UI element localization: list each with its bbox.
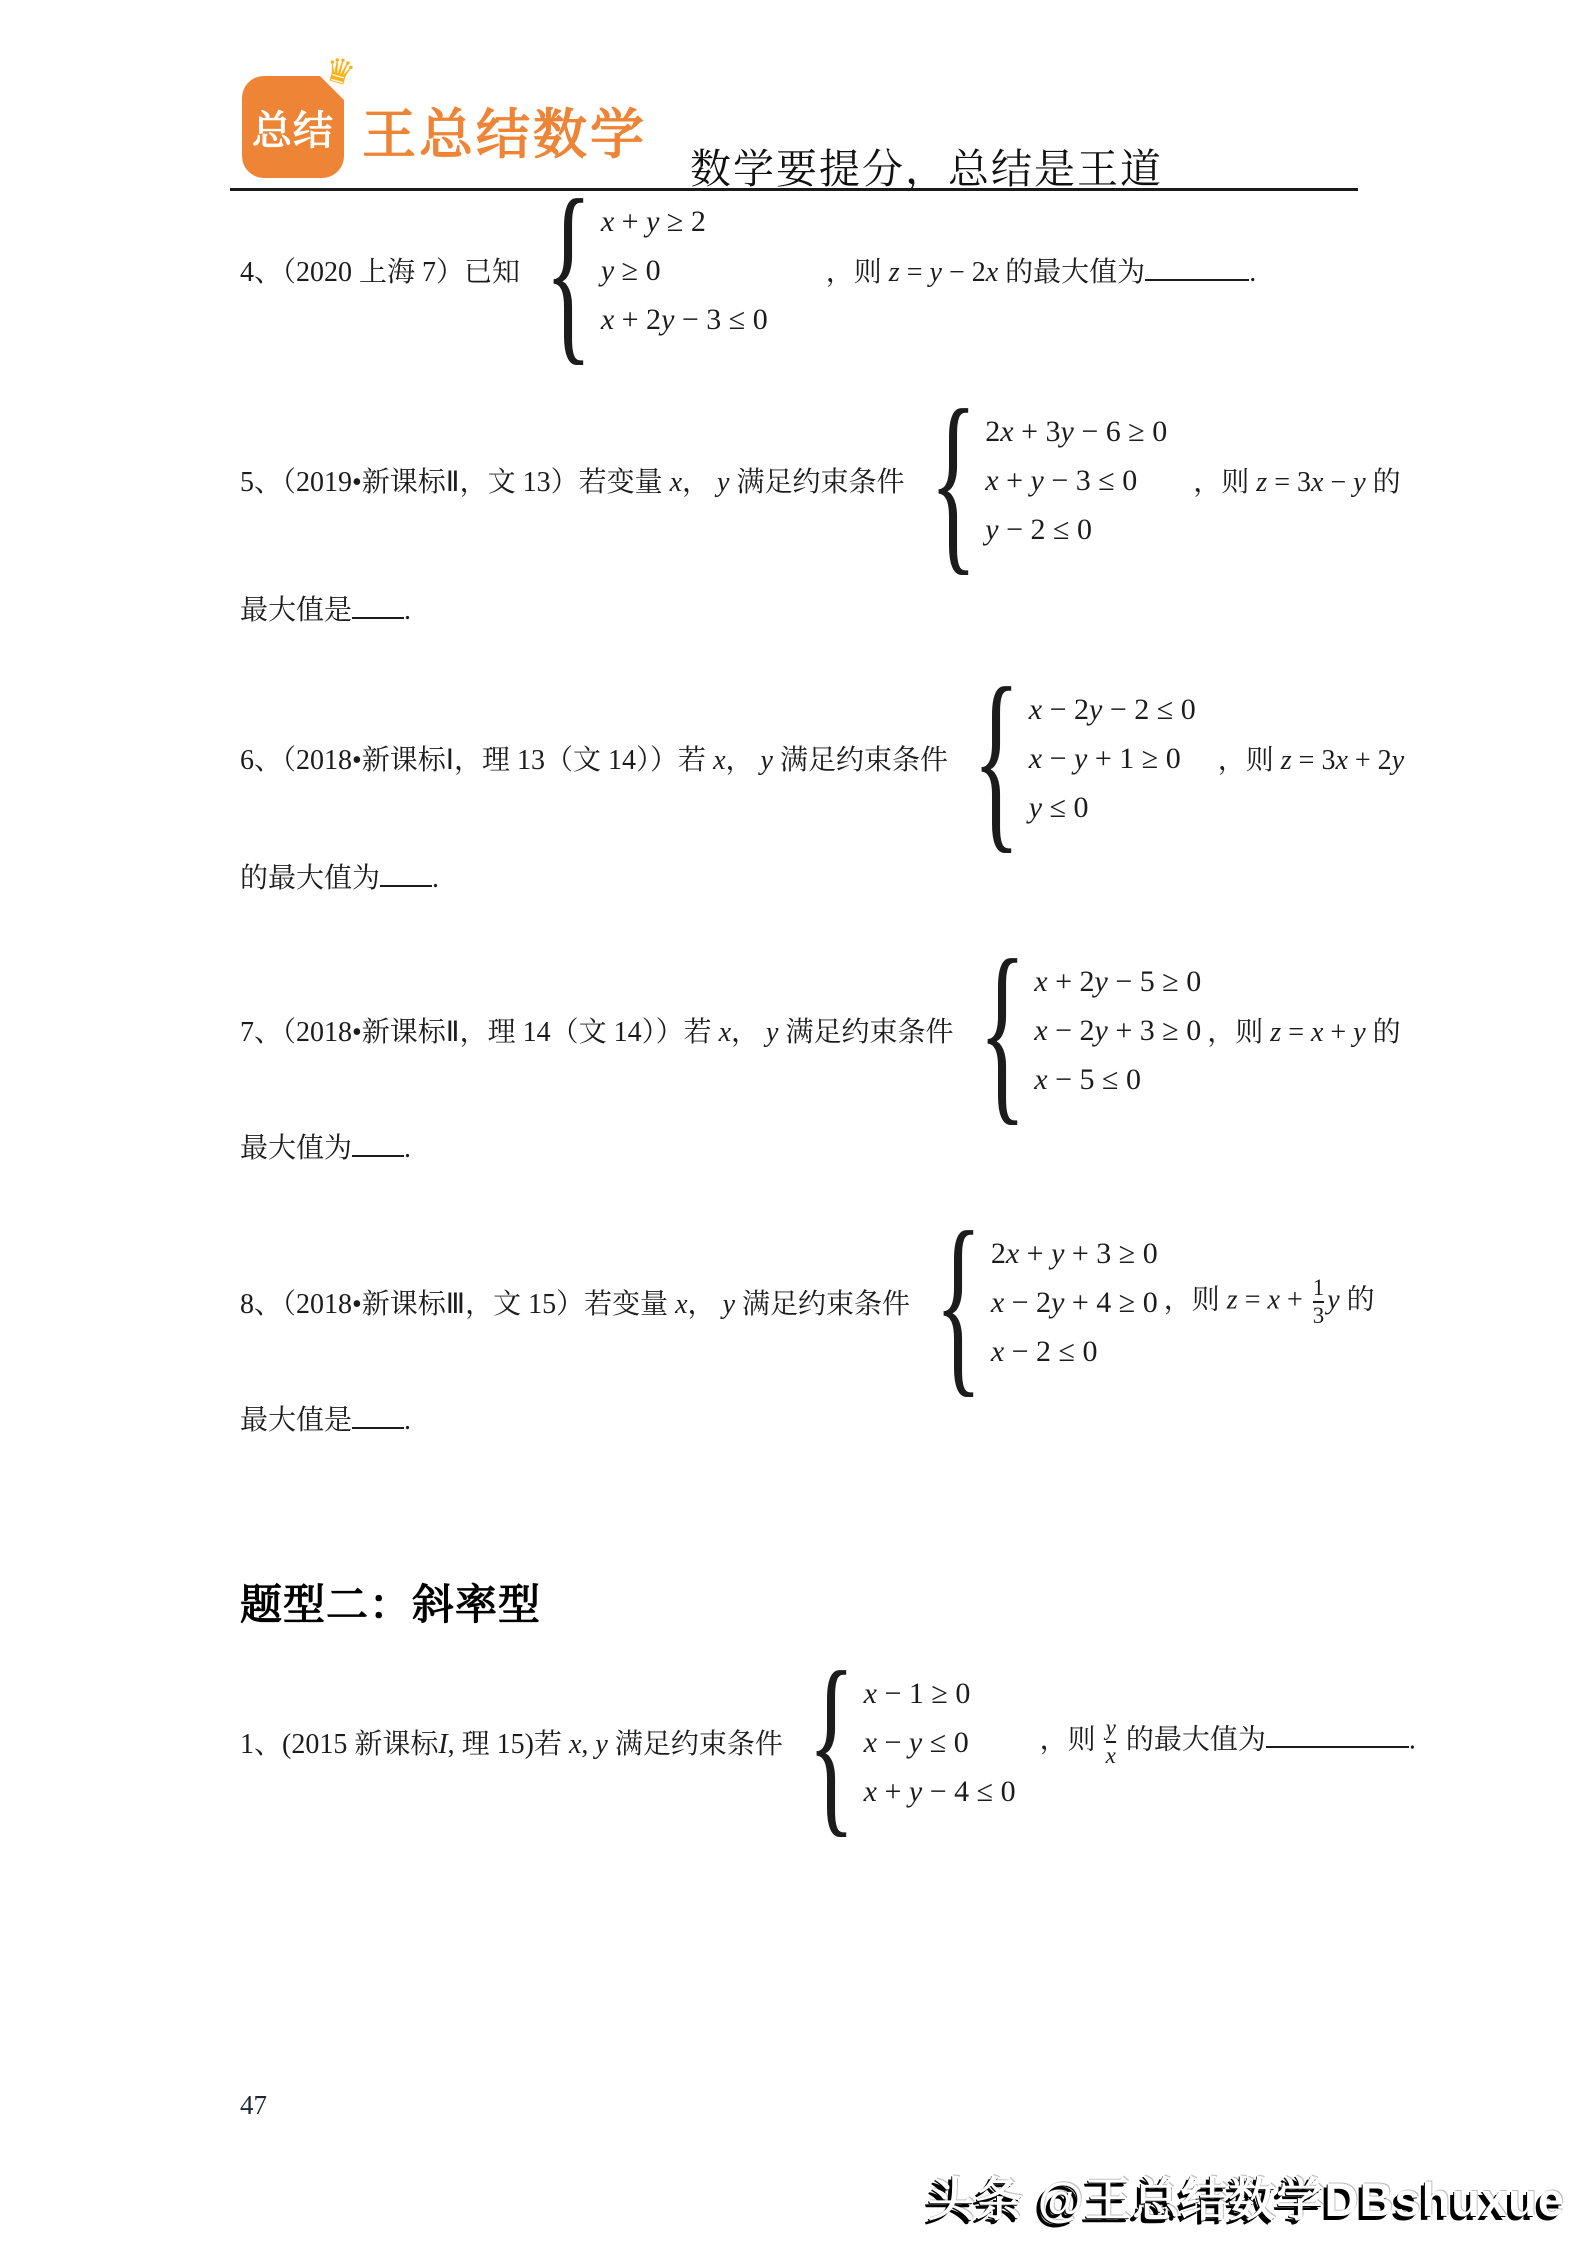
problem-8-lead: 8、（2018•新课标Ⅲ，文 15）若变量 x， y 满足约束条件 [240, 1282, 910, 1322]
brand-slogan: 数学要提分，总结是王道 [690, 136, 1163, 195]
problem-4-constraint-system: x + y ≥ 2 y ≥ 0 x + 2y − 3 ≤ 0 [530, 190, 768, 350]
problem-6-lead: 6、（2018•新课标Ⅰ，理 13（文 14））若 x， y 满足约束条件 [240, 738, 948, 778]
problem-7-continuation: 最大值为. [240, 1126, 411, 1166]
left-brace-icon [929, 379, 977, 581]
section-heading: 题型二：斜率型 [240, 1572, 541, 1632]
left-brace-icon [978, 929, 1026, 1131]
problem-8-continuation: 最大值是. [240, 1398, 411, 1438]
problem-1-constraint-system: x − 1 ≥ 0 x − y ≤ 0 x + y − 4 ≤ 0 [793, 1662, 1016, 1822]
brand-logo-badge: 总结 [242, 76, 344, 178]
constraint-line: x + y ≥ 2 [601, 197, 768, 246]
header-divider [230, 188, 1358, 191]
constraint-line: x − 2y − 2 ≤ 0 [1029, 685, 1196, 734]
problem-1-slope-type: 1、(2015 新课标I, 理 15)若 x, y 满足约束条件 x − 1 ≥… [240, 1662, 1416, 1822]
constraint-line: y ≥ 0 [601, 246, 768, 295]
problem-4-lead: 4、（2020 上海 7）已知 [240, 250, 520, 290]
problem-7-constraint-system: x + 2y − 5 ≥ 0 x − 2y + 3 ≥ 0 x − 5 ≤ 0 [964, 950, 1202, 1110]
problem-7-lead: 7、（2018•新课标Ⅱ，理 14（文 14））若 x， y 满足约束条件 [240, 1010, 954, 1050]
problem-6-continuation: 的最大值为. [240, 856, 439, 896]
constraint-line: y ≤ 0 [1029, 783, 1196, 832]
problem-8: 8、（2018•新课标Ⅲ，文 15）若变量 x， y 满足约束条件 2x + y… [240, 1222, 1375, 1382]
constraint-line: x − 1 ≥ 0 [864, 1669, 1016, 1718]
constraint-line: x − 2y + 3 ≥ 0 [1034, 1006, 1201, 1055]
constraint-line: x + 2y − 3 ≤ 0 [601, 295, 768, 344]
problem-5: 5、（2019•新课标Ⅱ，文 13）若变量 x， y 满足约束条件 2x + 3… [240, 400, 1401, 560]
badge-text: 总结 [252, 99, 334, 156]
worksheet-page: 总结 王总结数学 数学要提分，总结是王道 4、（2020 上海 7）已知 x +… [0, 0, 1587, 2245]
constraint-line: x − 2 ≤ 0 [991, 1327, 1158, 1376]
problem-1-question: ，则 yx 的最大值为. [1040, 1716, 1416, 1768]
problem-8-constraint-system: 2x + y + 3 ≥ 0 x − 2y + 4 ≥ 0 x − 2 ≤ 0 [920, 1222, 1158, 1382]
problem-8-question: ，则 z = x + 13y 的 [1164, 1276, 1375, 1328]
left-brace-icon [935, 1201, 983, 1403]
left-brace-icon [545, 169, 593, 371]
brand-name: 王总结数学 [362, 92, 647, 169]
problem-7-question: ，则 z = x + y 的 [1207, 1010, 1400, 1050]
constraint-line: x + y − 4 ≤ 0 [864, 1767, 1016, 1816]
problem-5-continuation: 最大值是. [240, 588, 411, 628]
constraint-line: 2x + 3y − 6 ≥ 0 [985, 407, 1167, 456]
constraint-line: x − 2y + 4 ≥ 0 [991, 1278, 1158, 1327]
left-brace-icon [973, 657, 1021, 859]
problem-1-lead: 1、(2015 新课标I, 理 15)若 x, y 满足约束条件 [240, 1722, 783, 1762]
problem-4: 4、（2020 上海 7）已知 x + y ≥ 2 y ≥ 0 x + 2y −… [240, 196, 1256, 344]
problem-4-question: ，则 z = y − 2x 的最大值为. [826, 250, 1256, 290]
left-brace-icon [807, 1641, 855, 1843]
constraint-line: 2x + y + 3 ≥ 0 [991, 1229, 1158, 1278]
problem-6-constraint-system: x − 2y − 2 ≤ 0 x − y + 1 ≥ 0 y ≤ 0 [958, 678, 1196, 838]
watermark: 头条 @王总结数学DBshuxue [928, 2163, 1565, 2230]
constraint-line: y − 2 ≤ 0 [985, 505, 1167, 554]
constraint-line: x − 5 ≤ 0 [1034, 1055, 1201, 1104]
constraint-line: x + 2y − 5 ≥ 0 [1034, 957, 1201, 1006]
problem-5-question: ，则 z = 3x − y 的 [1193, 460, 1400, 500]
constraint-line: x + y − 3 ≤ 0 [985, 456, 1167, 505]
problem-7: 7、（2018•新课标Ⅱ，理 14（文 14））若 x， y 满足约束条件 x … [240, 950, 1401, 1110]
constraint-line: x − y + 1 ≥ 0 [1029, 734, 1196, 783]
problem-5-constraint-system: 2x + 3y − 6 ≥ 0 x + y − 3 ≤ 0 y − 2 ≤ 0 [915, 400, 1168, 560]
problem-6: 6、（2018•新课标Ⅰ，理 13（文 14））若 x， y 满足约束条件 x … [240, 678, 1404, 838]
constraint-line: x − y ≤ 0 [864, 1718, 1016, 1767]
page-number: 47 [240, 2090, 267, 2121]
problem-6-question: ，则 z = 3x + 2y [1218, 738, 1404, 778]
crown-icon [319, 52, 358, 93]
problem-5-lead: 5、（2019•新课标Ⅱ，文 13）若变量 x， y 满足约束条件 [240, 460, 905, 500]
